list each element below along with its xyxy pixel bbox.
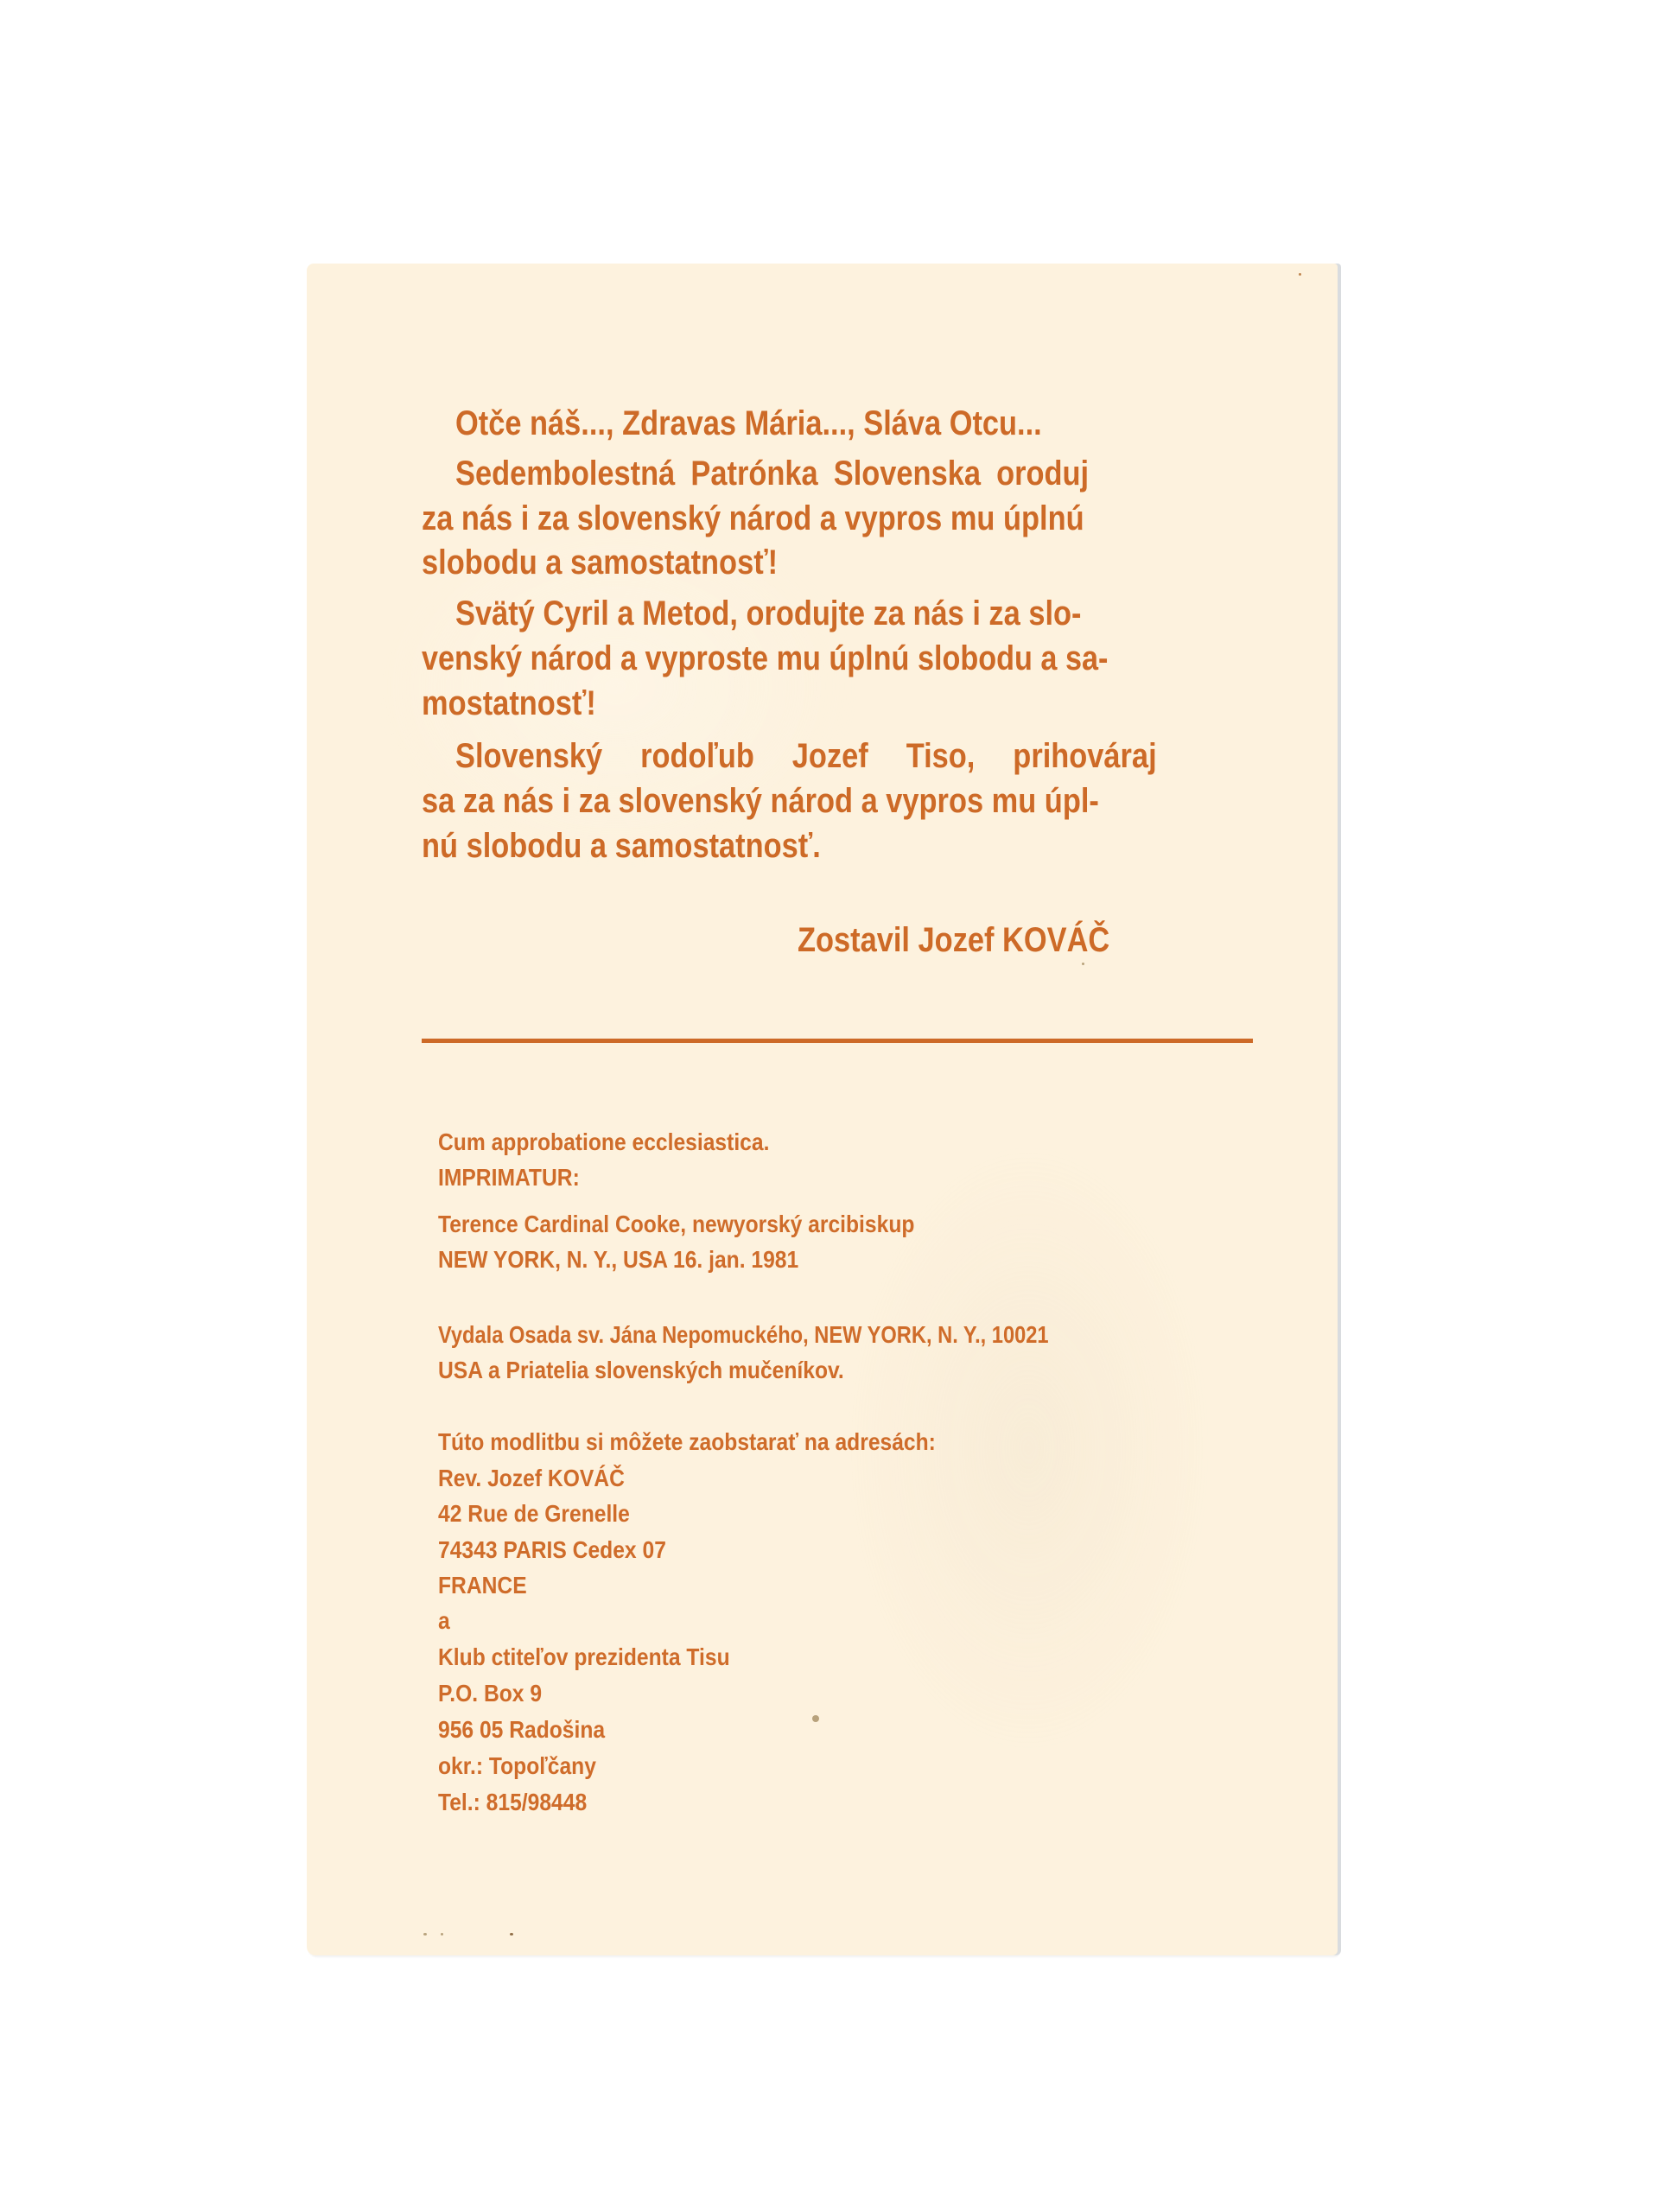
prayer-line: Sedembolestná Patrónka Slovenska oroduj [455,456,1258,491]
addresses-intro: Túto modlitbu si môžete zaobstarať na ad… [438,1430,936,1454]
authority-date: NEW YORK, N. Y., USA 16. jan. 1981 [438,1248,798,1272]
phone-line: Tel.: 815/98448 [438,1790,587,1815]
prayer-line: sa za nás i za slovenský národ a vypros … [422,784,1099,818]
prayer-line: Slovenský rodoľub Jozef Tiso, prihováraj [455,739,1157,773]
address-line: P.O. Box 9 [438,1681,542,1706]
prayer-line: venský národ a vyproste mu úplnú slobodu… [422,641,1108,676]
paper-speck [423,1933,427,1935]
prayer-line: mostatnosť! [422,686,596,721]
paper-speck [1082,963,1084,965]
address-line: Rev. Jozef KOVÁČ [438,1466,625,1491]
address-line: 74343 PARIS Cedex 07 [438,1538,666,1562]
approval-line: Cum approbatione ecclesiastica. [438,1130,769,1154]
prayer-line: za nás i za slovenský národ a vypros mu … [422,501,1084,536]
prayer-line: slobodu a samostatnosť! [422,545,778,580]
prayer-opening: Otče náš..., Zdravas Mária..., Sláva Otc… [455,406,1042,441]
prayer-line: Svätý Cyril a Metod, orodujte za nás i z… [455,596,1081,631]
address-line: 42 Rue de Grenelle [438,1502,630,1526]
paper-speck [812,1715,819,1722]
address-line: 956 05 Radošina [438,1718,605,1742]
divider-rule [422,1039,1253,1043]
address-line: Klub ctiteľov prezidenta Tisu [438,1645,730,1669]
address-conjunction: a [438,1609,450,1633]
authority-line: Terence Cardinal Cooke, newyorský arcibi… [438,1212,914,1236]
address-line: FRANCE [438,1573,527,1598]
signature: Zostavil Jozef KOVÁČ [798,923,1109,957]
paper-speck [510,1933,513,1935]
prayer-line: nú slobodu a samostatnosť. [422,829,821,863]
publisher-line: Vydala Osada sv. Jána Nepomuckého, NEW Y… [438,1323,1049,1347]
imprimatur-label: IMPRIMATUR: [438,1166,580,1190]
address-line: okr.: Topoľčany [438,1754,596,1778]
paper-speck [1299,273,1301,276]
paper-speck [441,1933,443,1935]
publisher-line: USA a Priatelia slovenských mučeníkov. [438,1358,844,1382]
